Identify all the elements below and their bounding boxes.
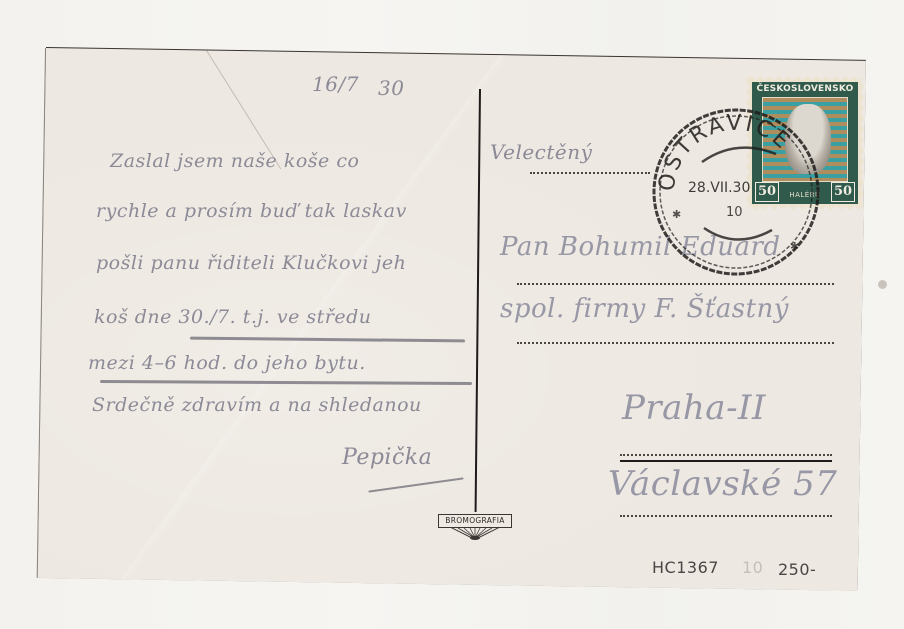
dealer-faint-note: 10: [742, 558, 763, 577]
message-line-4: koš dne 30./7. t.j. ve středu: [94, 306, 372, 328]
date-note-day-month: 16/7: [312, 72, 359, 96]
address-line-4: Václavské 57: [608, 464, 837, 504]
paper-speck: [878, 280, 887, 289]
postmark-star-right-icon: ✱: [790, 240, 799, 253]
publisher-mark: BROMOGRAFIA: [438, 514, 514, 542]
address-line-3: Praha-II: [622, 388, 766, 428]
address-line-2: spol. firmy F. Šťastný: [500, 294, 789, 324]
signature: Pepička: [342, 445, 432, 470]
dealer-code: HC1367: [652, 558, 719, 577]
publisher-name: BROMOGRAFIA: [438, 514, 512, 528]
postmark-date: 28.VII.30: [688, 180, 750, 196]
message-line-1: Zaslal jsem naše koše co: [110, 150, 359, 172]
date-note-year: 30: [378, 76, 404, 100]
address-dotted-line-1: [517, 283, 834, 285]
sunburst-icon: [450, 527, 500, 541]
address-dotted-line-3: [620, 454, 832, 456]
address-dotted-line-4: [620, 515, 832, 517]
postmark-hour: 10: [726, 205, 743, 220]
postmark-cancellation: OSTRAVICE 28.VII.30 10 ✱ ✱: [644, 100, 824, 280]
address-salutation: Velectěný: [490, 140, 592, 164]
postmark-star-left-icon: ✱: [672, 208, 681, 221]
message-line-6: Srdečně zdravím a na shledanou: [92, 394, 422, 416]
stamp-value-right: 50: [831, 182, 855, 202]
address-dotted-line-0: [530, 172, 650, 174]
message-line-5: mezi 4–6 hod. do jeho bytu.: [88, 352, 366, 374]
stamp-country: ČESKOSLOVENSKO: [752, 84, 858, 94]
message-line-3: pošli panu řiditeli Klučkovi jeh: [96, 252, 406, 274]
message-line-2: rychle a prosím buď tak laskav: [96, 200, 407, 222]
address-solid-line: [620, 460, 832, 462]
address-dotted-line-2: [517, 342, 834, 344]
dealer-price: 250-: [778, 560, 816, 579]
